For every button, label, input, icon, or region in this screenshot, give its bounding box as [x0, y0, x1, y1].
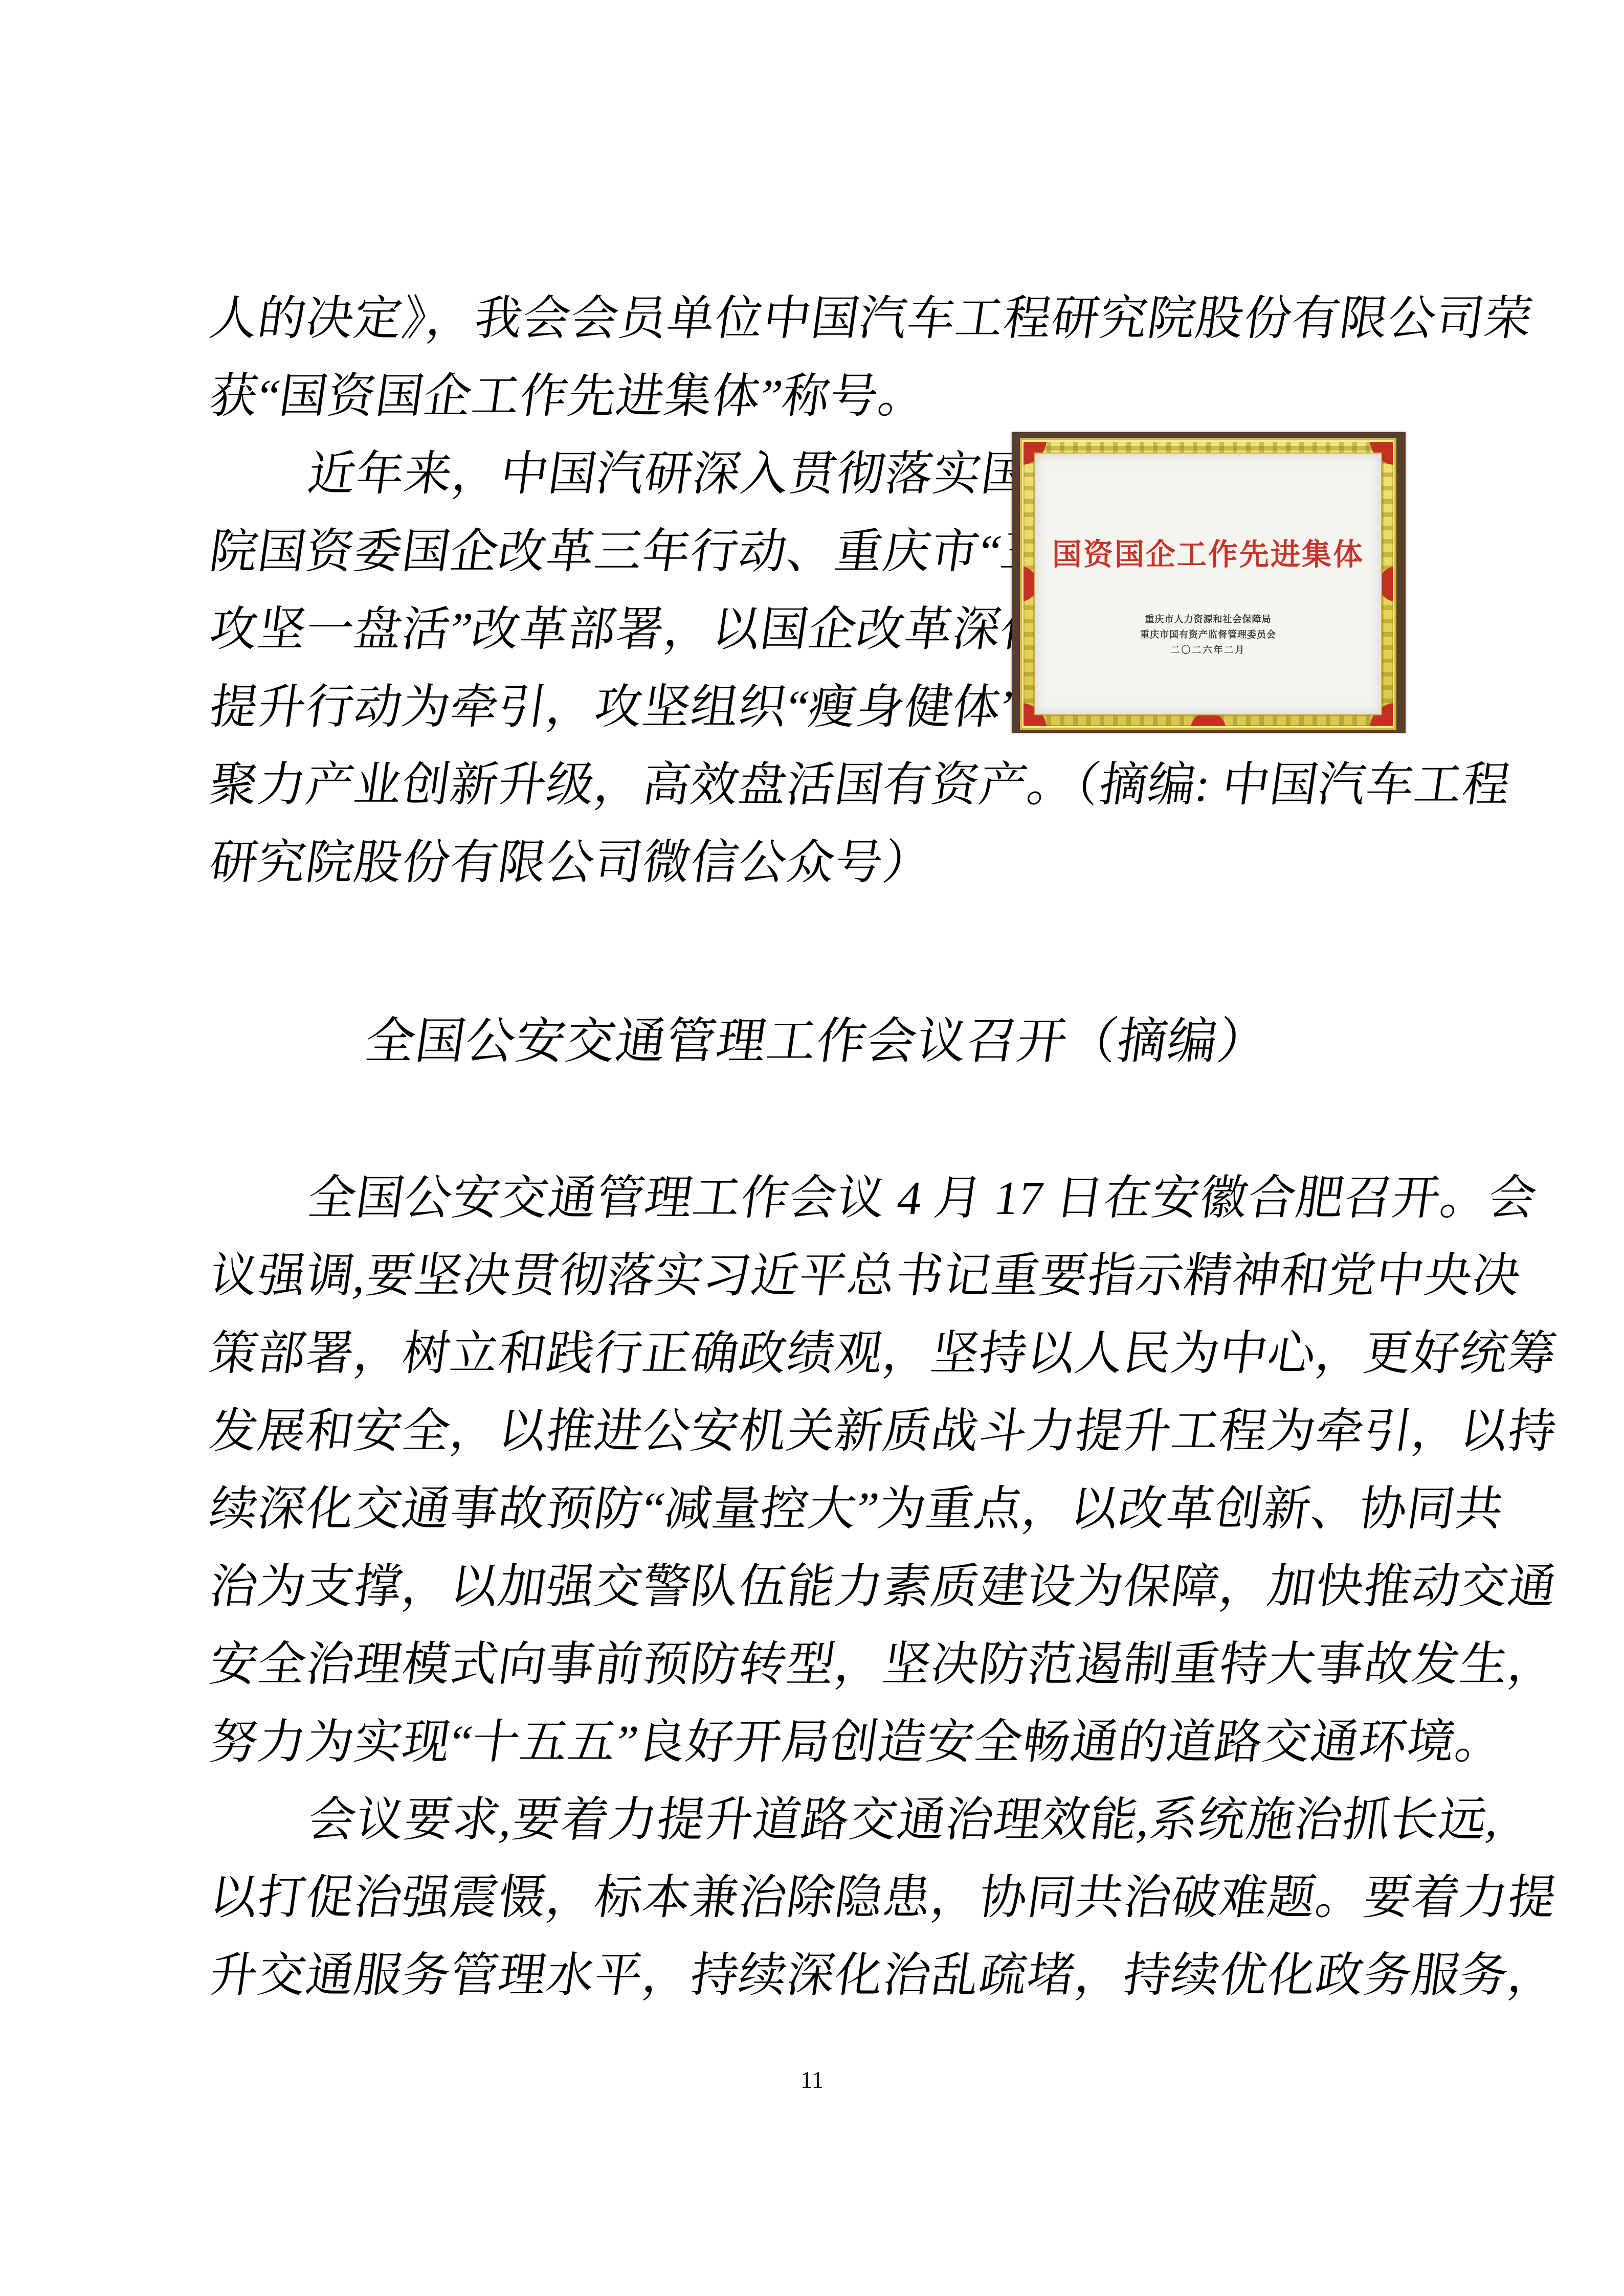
- text-line: 安全治理模式向事前预防转型，坚决防范遏制重特大事故发生，: [205, 1626, 1545, 1704]
- plaque-issuer-1: 重庆市人力资源和社会保障局: [1035, 612, 1381, 625]
- plaque-issuer-2: 重庆市国有资产监督管理委员会: [1035, 627, 1381, 641]
- section-heading: 全国公安交通管理工作会议召开（摘编）: [0, 1008, 1624, 1075]
- text-line: 院国资委国企改革三年行动、重庆市“三: [205, 513, 1034, 591]
- text-line: 研究院股份有限公司微信公众号）: [205, 824, 1545, 902]
- page-number: 11: [0, 2065, 1624, 2096]
- text-line: 升交通服务管理水平，持续深化治乱疏堵，持续优化政务服务，: [205, 1937, 1545, 2015]
- plaque-gold-frame: 国资国企工作先进集体 重庆市人力资源和社会保障局 重庆市国有资产监督管理委员会 …: [1020, 438, 1396, 730]
- text-line: 攻坚一盘活”改革部署，以国企改革深化: [205, 591, 1034, 669]
- text-line: 人的决定》，我会会员单位中国汽车工程研究院股份有限公司荣: [205, 280, 1545, 358]
- paragraph-award-full: 聚力产业创新升级，高效盘活国有资产。（摘编: 中国汽车工程 研究院股份有限公司微…: [205, 747, 1534, 902]
- text-line: 治为支撑，以加强交警队伍能力素质建设为保障，加快推动交通: [205, 1548, 1545, 1626]
- text-line: 获“国资国企工作先进集体”称号。: [205, 358, 1545, 436]
- text-line: 近年来，中国汽研深入贯彻落实国务: [205, 436, 1034, 513]
- text-line: 议强调,要坚决贯彻落实习近平总书记重要指示精神和党中央决: [205, 1237, 1545, 1315]
- text-line: 策部署，树立和践行正确政绩观，坚持以人民为中心，更好统筹: [205, 1315, 1545, 1393]
- award-plaque-photo: 国资国企工作先进集体 重庆市人力资源和社会保障局 重庆市国有资产监督管理委员会 …: [1012, 432, 1406, 733]
- text-line: 全国公安交通管理工作会议 4 月 17 日在安徽合肥召开。会: [205, 1160, 1545, 1237]
- document-page: 人的决定》，我会会员单位中国汽车工程研究院股份有限公司荣 获“国资国企工作先进集…: [0, 0, 1624, 2296]
- text-line: 以打促治强震慑，标本兼治除隐患，协同共治破难题。要着力提: [205, 1859, 1545, 1937]
- plaque-date: 二〇二六年二月: [1035, 643, 1381, 656]
- plaque-panel: 国资国企工作先进集体 重庆市人力资源和社会保障局 重庆市国有资产监督管理委员会 …: [1035, 454, 1381, 714]
- text-line: 续深化交通事故预防“减量控大”为重点，以改革创新、协同共: [205, 1471, 1545, 1548]
- text-line: 发展和安全，以推进公安机关新质战斗力提升工程为牵引，以持: [205, 1393, 1545, 1471]
- paragraph-prev-page-continuation: 人的决定》，我会会员单位中国汽车工程研究院股份有限公司荣 获“国资国企工作先进集…: [205, 280, 1534, 436]
- text-line: 提升行动为牵引，攻坚组织“瘦身健体”，: [205, 669, 1034, 747]
- text-line: 聚力产业创新升级，高效盘活国有资产。（摘编: 中国汽车工程: [205, 747, 1545, 824]
- plaque-title: 国资国企工作先进集体: [1035, 530, 1381, 573]
- paragraph-meeting: 全国公安交通管理工作会议 4 月 17 日在安徽合肥召开。会 议强调,要坚决贯彻…: [205, 1160, 1534, 2015]
- text-line: 努力为实现“十五五”良好开局创造安全畅通的道路交通环境。: [205, 1704, 1545, 1782]
- text-line: 会议要求,要着力提升道路交通治理效能,系统施治抓长远,: [205, 1782, 1545, 1859]
- paragraph-award-wrapped: 近年来，中国汽研深入贯彻落实国务 院国资委国企改革三年行动、重庆市“三 攻坚一盘…: [205, 436, 1023, 747]
